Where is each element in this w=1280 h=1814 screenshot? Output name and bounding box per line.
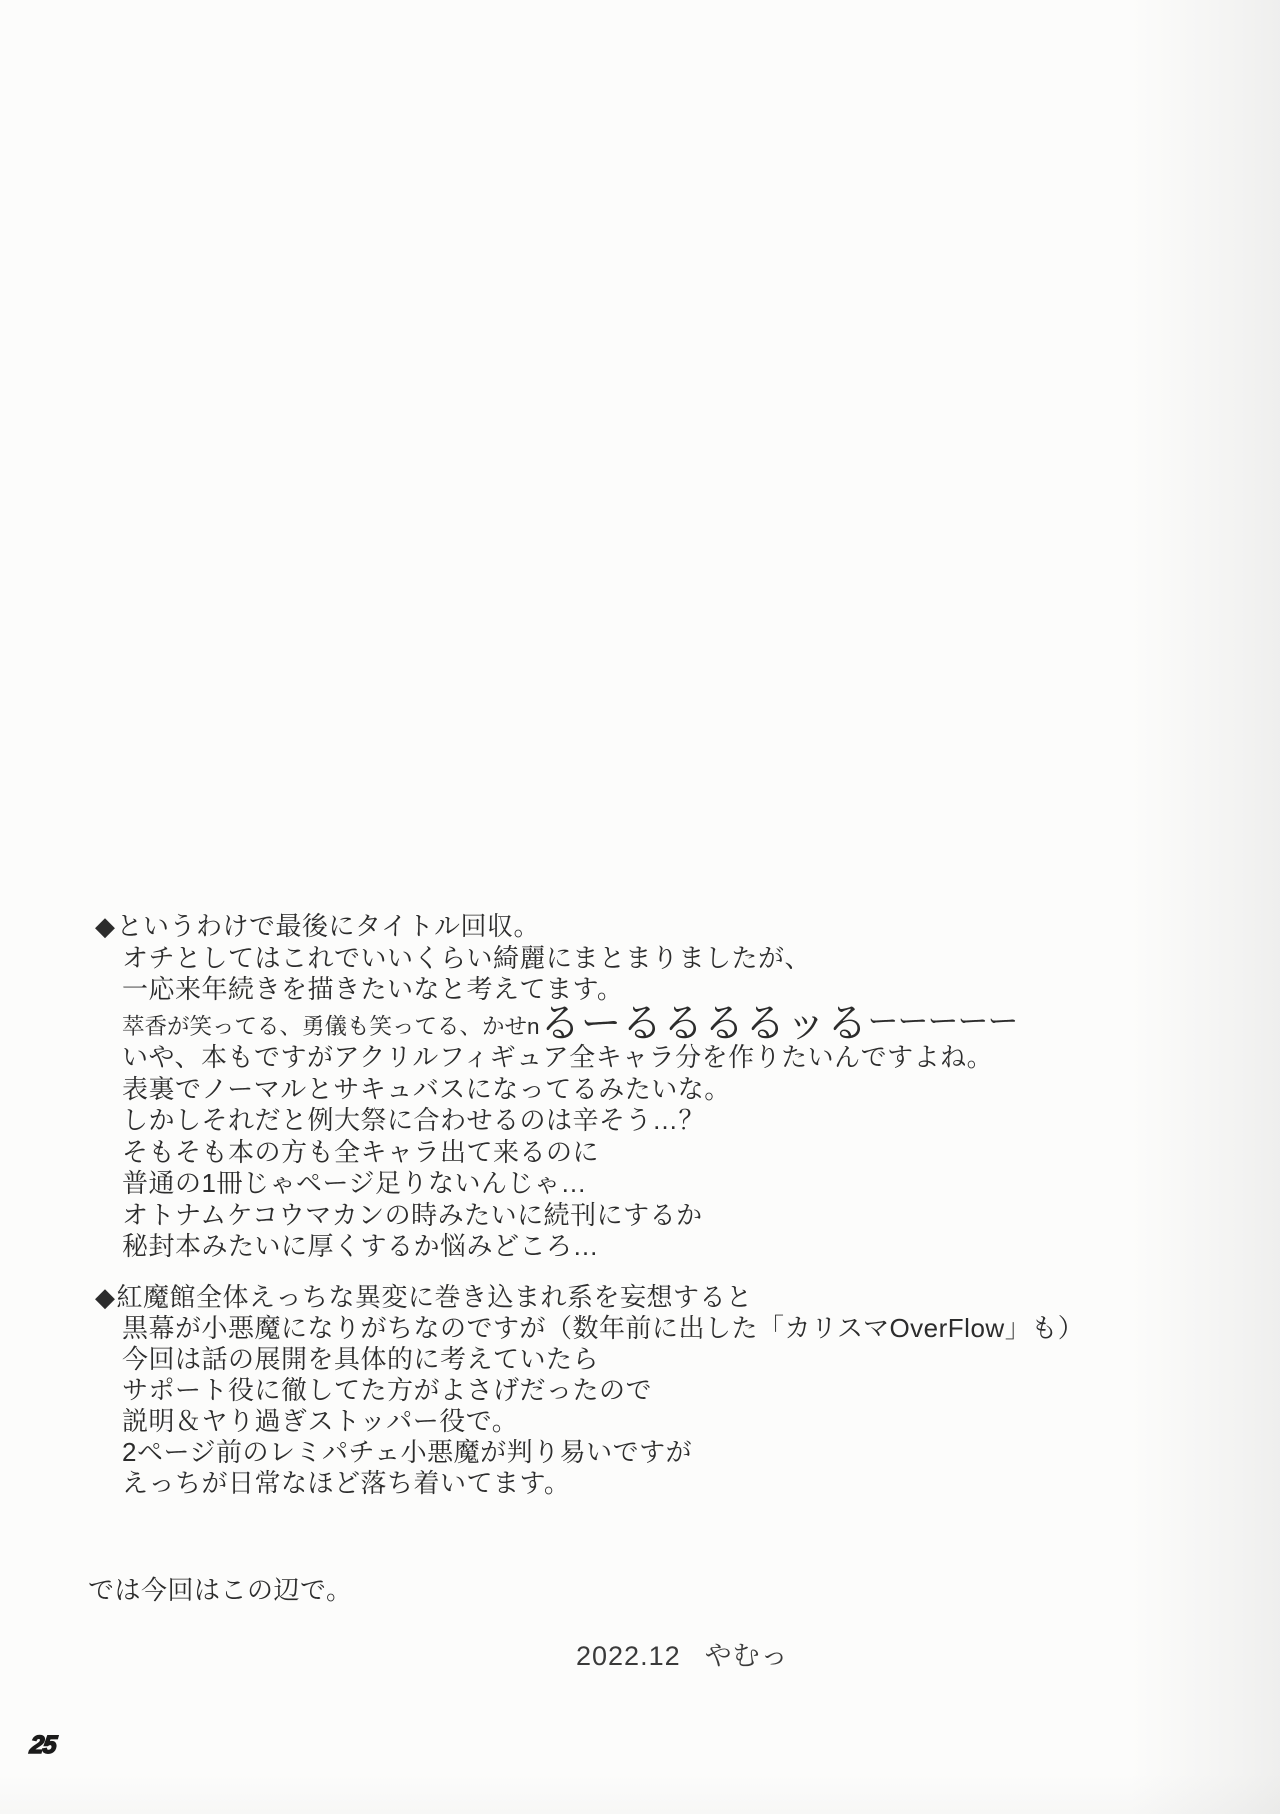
signature-name: やむっ [705,1641,789,1671]
afterword-b2-line-3: 今回は話の展開を具体的に考えていたら [95,1344,1084,1375]
scan-shade-right [1130,0,1280,1814]
afterword-b1-line-4-big: るーるるるるッる [540,1000,868,1046]
afterword-b2-line-1-text: 紅魔館全体えっちな異変に巻き込まれ系を妄想すると [117,1282,753,1312]
afterword-block-1: ◆というわけで最後にタイトル回収。 オチとしてはこれでいいくらい綺麗にまとまりま… [95,911,1018,1263]
afterword-block-2: ◆紅魔館全体えっちな異変に巻き込まれ系を妄想すると 黒幕が小悪魔になりがちなので… [95,1282,1084,1499]
afterword-b1-line-4-prefix: 萃香が笑ってる、勇儀も笑ってる、かせn [122,1014,540,1039]
afterword-b2-line-2: 黒幕が小悪魔になりがちなのですが（数年前に出した「カリスマOverFlow」も） [95,1313,1084,1344]
afterword-b1-line-6: 表裏でノーマルとサキュバスになってるみたいな。 [95,1074,1018,1106]
afterword-b1-line-5: いや、本もですがアクリルフィギュア全キャラ分を作りたいんですよね。 [95,1042,1018,1074]
afterword-b2-line-1: ◆紅魔館全体えっちな異変に巻き込まれ系を妄想すると [95,1282,1084,1313]
afterword-b1-line-11: 秘封本みたいに厚くするか悩みどころ… [95,1231,1018,1263]
afterword-b2-line-6: 2ページ前のレミパチェ小悪魔が判り易いですが [95,1437,1084,1468]
afterword-b2-line-5: 説明＆ヤり過ぎストッパー役で。 [95,1406,1084,1437]
page-number: 25 [28,1731,57,1760]
afterword-b1-line-7: しかしそれだと例大祭に合わせるのは辛そう…？ [95,1105,1018,1137]
afterword-b1-line-10: オトナムケコウマカンの時みたいに続刊にするか [95,1200,1018,1232]
afterword-b1-line-9: 普通の1冊じゃページ足りないんじゃ… [95,1168,1018,1200]
afterword-b1-line-8: そもそも本の方も全キャラ出て来るのに [95,1137,1018,1169]
afterword-b1-line-1: ◆というわけで最後にタイトル回収。 [95,911,1018,943]
closing-line: では今回はこの辺で。 [88,1570,352,1607]
signature-date: 2022.12 [576,1641,681,1671]
signature: 2022.12やむっ [576,1634,789,1673]
afterword-b1-line-4: 萃香が笑ってる、勇儀も笑ってる、かせnるーるるるるッるーーーーー [95,1006,1018,1043]
diamond-bullet-icon: ◆ [95,1282,116,1313]
afterword-b1-line-1-text: というわけで最後にタイトル回収。 [117,911,540,941]
afterword-b1-line-2: オチとしてはこれでいいくらい綺麗にまとまりましたが、 [95,943,1018,975]
afterword-b2-line-7: えっちが日常なほど落ち着いてます。 [95,1468,1084,1499]
afterword-b2-line-4: サポート役に徹してた方がよさげだったので [95,1375,1084,1406]
afterword-b1-line-4-dashes: ーーーーー [868,1004,1018,1039]
scan-shade-bottom [0,1774,1280,1814]
diamond-bullet-icon: ◆ [95,911,116,943]
